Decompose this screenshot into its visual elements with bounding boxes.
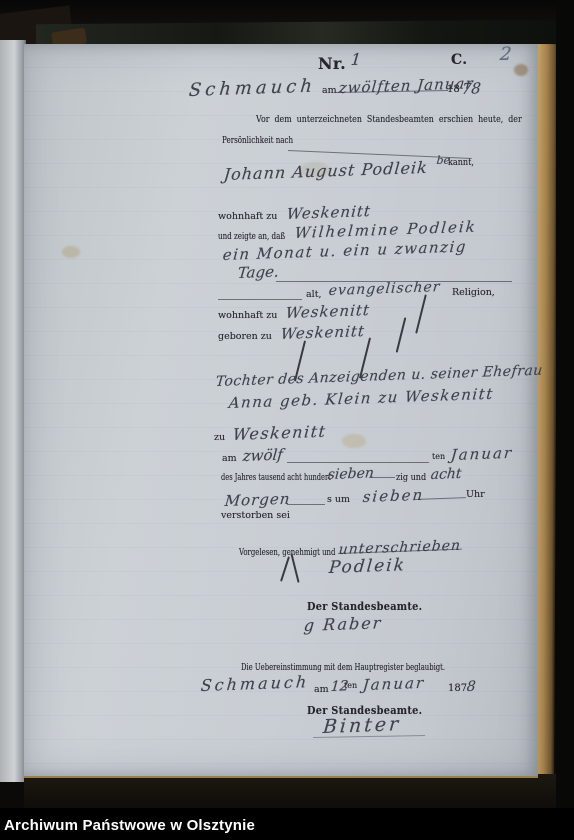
- year-written: 78: [461, 79, 482, 98]
- birthplace-value: Weskenitt: [280, 322, 366, 343]
- record-place: Schmauch: [188, 75, 317, 101]
- age-line-2: Tage.: [237, 263, 280, 282]
- certify-year-printed: 187: [448, 683, 467, 694]
- report-label: und zeigte an, daß: [218, 231, 285, 242]
- certify-ten-label: ten: [344, 681, 357, 690]
- year-printed: 18: [447, 84, 460, 95]
- declarant-signature: Podleik: [328, 555, 407, 578]
- alt-label: alt,: [306, 289, 322, 300]
- zig-label: zig und: [396, 472, 426, 483]
- intro-line-1: Vor dem unterzeichneten Standesbeamten e…: [256, 114, 522, 125]
- death-place: Weskenitt: [232, 422, 327, 444]
- residence-label: wohnhaft zu: [218, 211, 277, 222]
- registrar-label: Der Standesbeamte.: [307, 599, 422, 613]
- death-day: zwölf: [242, 446, 284, 465]
- certify-label: Die Uebereinstimmung mit dem Hauptregist…: [241, 662, 445, 673]
- form-letter: C.: [451, 52, 467, 68]
- death-month: Januar: [450, 444, 514, 464]
- residence2-label: wohnhaft zu: [218, 310, 277, 321]
- handmark-stroke: [280, 556, 290, 581]
- blank-rule: [218, 299, 302, 300]
- register-page: Nr. 1 C. 2 Schmauch am zwölften Januar 1…: [24, 44, 538, 778]
- facing-page-sliver: [0, 40, 26, 782]
- parents-line-2: Anna geb. Klein zu Weskenitt: [228, 385, 495, 412]
- ten-label: ten: [432, 452, 445, 461]
- paper-stain: [514, 64, 528, 76]
- death-year-ones: acht: [430, 466, 462, 483]
- death-year-label: des Jahres tausend acht hundert: [221, 472, 331, 483]
- zu-label: zu: [214, 432, 225, 443]
- certify-year-written: 8: [466, 679, 476, 695]
- paper-stain: [62, 246, 80, 258]
- record-number-value: 1: [350, 50, 362, 69]
- blank-rule: [287, 504, 325, 505]
- archive-watermark: Archiwum Państwowe w Olsztynie: [4, 817, 255, 834]
- declarant-name: Johann August Podleik: [223, 158, 429, 184]
- blank-rule: [287, 462, 429, 463]
- page-number: 2: [499, 44, 512, 65]
- death-time-of-day: Morgen: [224, 490, 291, 510]
- intro-line-2: Persönlichkeit nach: [222, 135, 293, 146]
- residence-value: Weskenitt: [286, 202, 372, 223]
- certify-place: Schmauch: [200, 672, 310, 695]
- cancel-stroke: [396, 317, 407, 352]
- paper-stain: [342, 434, 366, 448]
- photo-background-right: [556, 0, 574, 840]
- blank-rule: [369, 477, 395, 478]
- registrar-signature-2: Binter: [322, 713, 402, 738]
- registrar-signature: g Raber: [303, 613, 383, 635]
- certify-month: Januar: [362, 674, 426, 694]
- cancel-stroke: [415, 294, 427, 333]
- record-number-label: Nr.: [318, 54, 346, 73]
- uhr-label: Uhr: [466, 489, 485, 500]
- bekannt-printed: kannt,: [448, 157, 474, 168]
- am-label: am: [322, 85, 337, 96]
- death-year-tens: sieben: [327, 465, 375, 483]
- residence2-value: Weskenitt: [285, 301, 371, 322]
- death-hour: sieben: [362, 486, 425, 506]
- s-um-label: s um: [327, 494, 350, 505]
- verstorben-label: verstorben sei: [221, 510, 290, 521]
- born-label: geboren zu: [218, 331, 272, 342]
- certify-am-label: am: [314, 684, 329, 695]
- religion-label: Religion,: [452, 287, 495, 298]
- death-am-label: am: [222, 453, 237, 464]
